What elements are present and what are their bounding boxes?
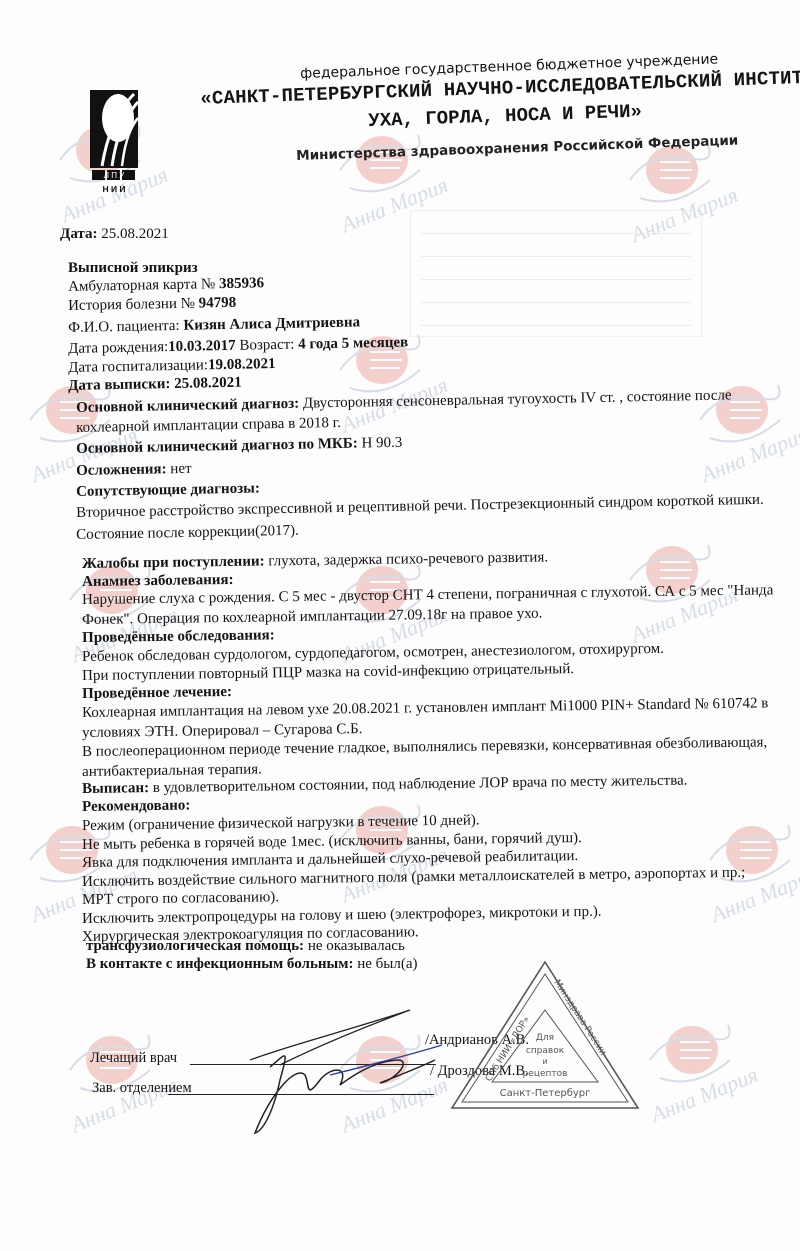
icd-diagnosis: Основной клинический диагноз по МКБ: H 9… [76,435,403,458]
recommended-label: Рекомендовано: [82,797,190,816]
svg-text:и: и [542,1057,547,1066]
org-name-line2: УХА, ГОРЛА, НОСА И РЕЧИ» [368,100,642,132]
institute-logo-icon: Л П У Н И И [88,88,140,198]
treatment-label: Проведённое лечение: [82,684,232,703]
document-page: Анна МарияАнна МарияАнна МарияАнна Мария… [0,0,800,1251]
main-diagnosis-cont: кохлеарной имплантации справа в 2018 г. [76,415,341,437]
patient-name: Ф.И.О. пациента: Кизян Алиса Дмитриевна [68,314,360,337]
svg-text:рецептов: рецептов [523,1069,568,1079]
svg-text:Н И И: Н И И [102,184,125,194]
anamnesis-2: Фонек". Операция по кохлеарной имплантац… [82,606,542,629]
concomitant-label: Сопутствующие диагнозы: [76,480,260,501]
watermark-icon: Анна Мария [640,1020,760,1130]
svg-text:Л П У: Л П У [104,171,125,180]
document-date: Дата: 25.08.2021 [60,226,169,243]
signature-icon [210,1005,450,1135]
faded-stamp-area [410,210,702,337]
birth-date: Дата рождения:10.03.2017 Возраст: 4 года… [68,334,408,358]
attending-doctor-label: Лечащий врач [90,1050,177,1067]
exams-label: Проведённые обследования: [82,627,275,647]
infection-contact: В контакте с инфекционным больным: не бы… [86,956,417,973]
svg-text:справок: справок [526,1046,565,1056]
discharge-date: Дата выписки: 25.08.2021 [68,375,242,395]
case-history: История болезни № 94798 [68,295,236,315]
ambulatory-card: Амбулаторная карта № 385936 [68,275,264,296]
treatment-2: условиях ЭТН. Оперировал – Сугарова С.Б. [82,721,363,742]
document-title: Выписной эпикриз [68,260,198,277]
recommendation-item: МРТ строго по согласованию). [82,889,279,909]
svg-text:Санкт-Петербург: Санкт-Петербург [500,1088,591,1099]
complaints: Жалобы при поступлении: глухота, задержк… [82,549,548,573]
transfusion: трансфузиологическая помощь: не оказывал… [86,938,405,955]
svg-text:Для: Для [536,1033,554,1043]
triangle-stamp-icon: Для справок и рецептов Санкт-Петербург С… [450,960,640,1110]
admission-date: Дата госпитализации:19.08.2021 [68,356,276,377]
ministry: Министерства здравоохранения Российской … [296,133,739,164]
anamnesis-label: Анамнез заболевания: [82,572,234,591]
complications: Осложнения: нет [76,461,192,480]
concomitant-2: Состояние после коррекции(2017). [76,523,299,544]
